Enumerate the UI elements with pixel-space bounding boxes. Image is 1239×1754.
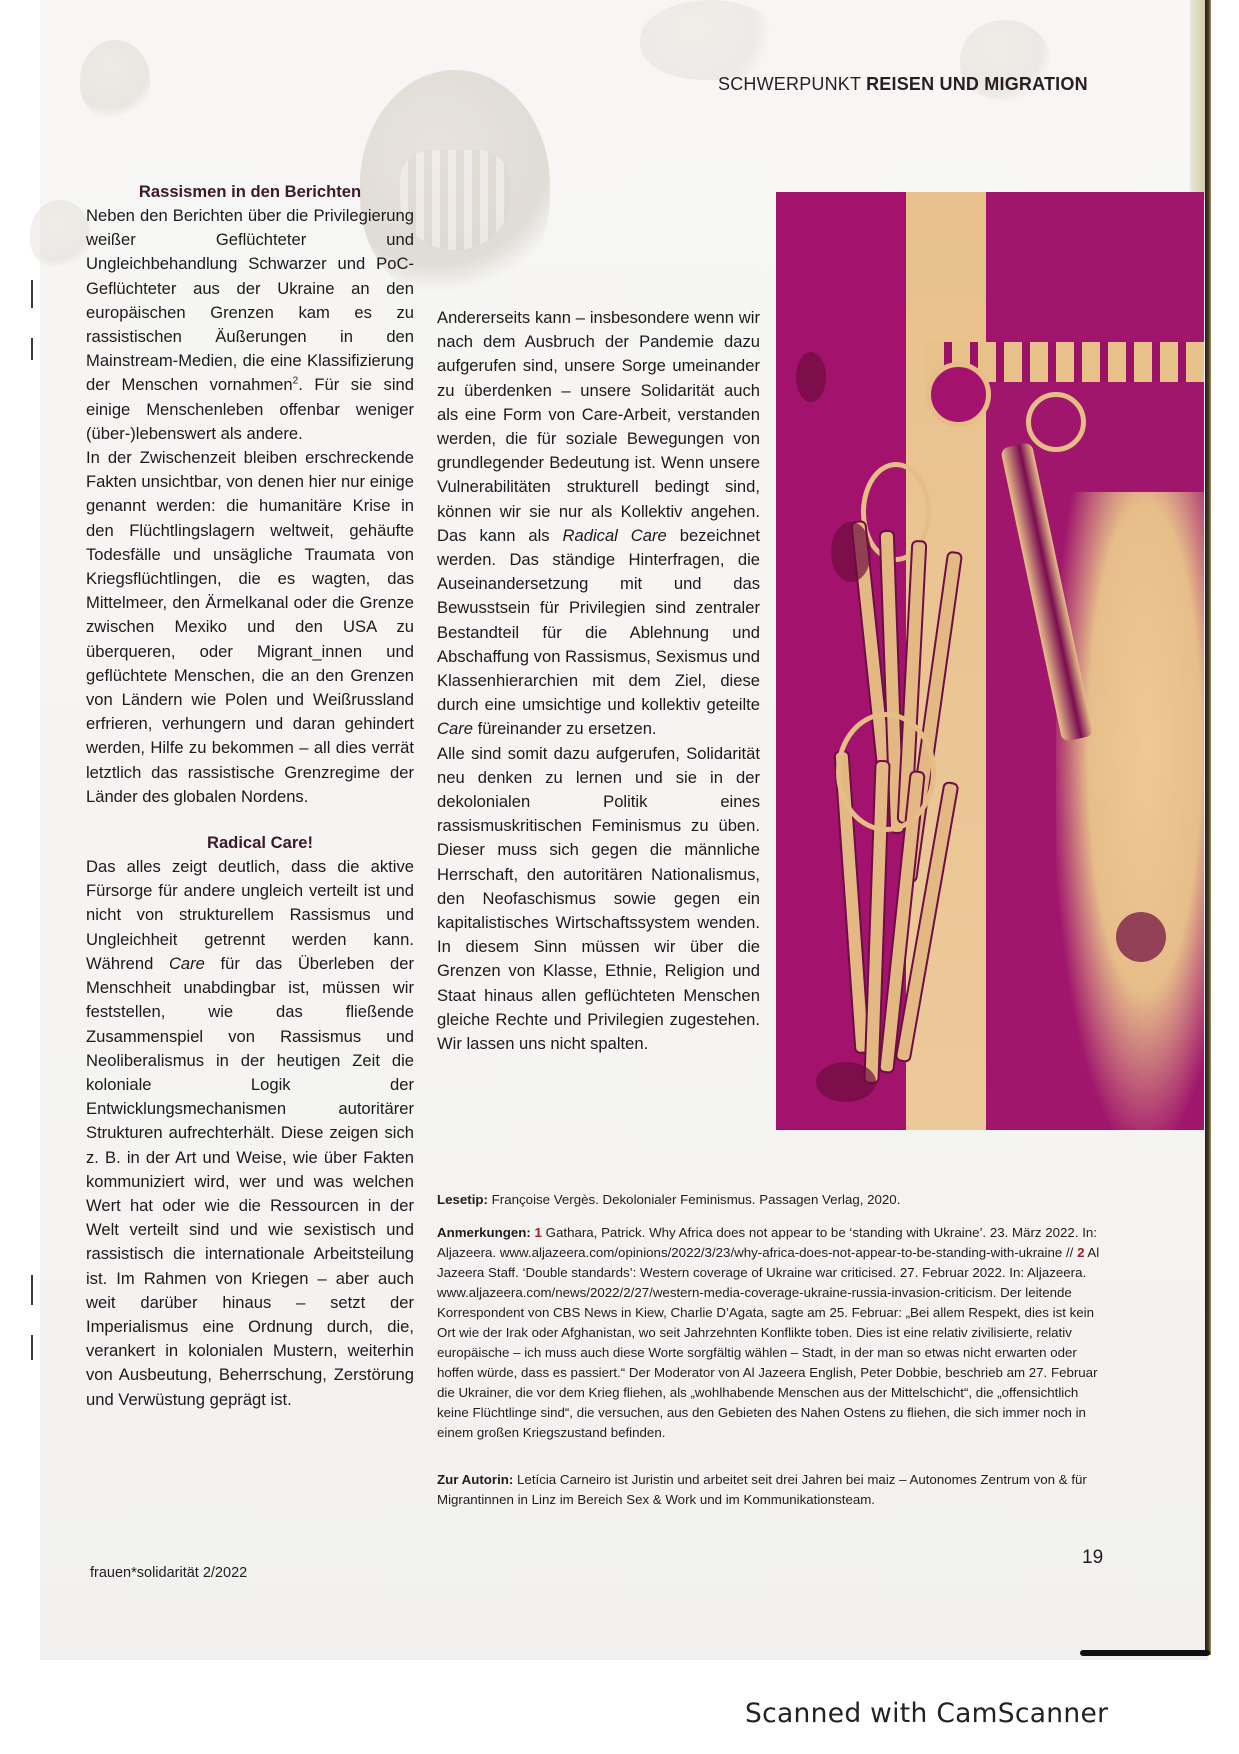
reading-tip: Lesetip: Françoise Vergès. Dekolonialer …: [437, 1190, 1102, 1210]
paragraph-text: füreinander zu ersetzen.: [473, 719, 657, 738]
endnotes: Anmerkungen: 1 Gathara, Patrick. Why Afr…: [437, 1223, 1102, 1443]
paragraph-text: bezeichnet werden. Das ständige Hinterfr…: [437, 526, 760, 714]
page-number: 19: [1082, 1547, 1103, 1569]
photo-key-ring: [1026, 392, 1086, 452]
running-head: SCHWERPUNKT REISEN UND MIGRATION: [718, 74, 1088, 95]
section-heading-rassismen: Rassismen in den Berichten: [86, 180, 414, 204]
scanner-watermark: Scanned with CamScanner: [745, 1698, 1108, 1729]
running-head-title: REISEN UND MIGRATION: [866, 74, 1088, 94]
scan-margin-mark: [31, 280, 33, 308]
publication-footer: frauen*solidarität 2/2022: [90, 1565, 247, 1581]
scan-margin-mark: [31, 1275, 33, 1305]
article-column-left: Rassismen in den Berichten Neben den Ber…: [86, 180, 414, 1412]
reading-tip-label: Lesetip:: [437, 1192, 488, 1207]
photo-stain: [816, 1062, 876, 1102]
author-bio-label: Zur Autorin:: [437, 1472, 513, 1487]
endnotes-label: Anmerkungen:: [437, 1225, 531, 1240]
section-heading-radical-care: Radical Care!: [86, 831, 414, 855]
keys-photo: [776, 192, 1204, 1130]
body-paragraph: Andererseits kann – insbesondere wenn wi…: [437, 306, 760, 742]
photo-stain: [831, 522, 871, 582]
emphasis-text: Care: [437, 719, 473, 738]
photo-key-ring: [926, 362, 991, 427]
body-paragraph: Das alles zeigt deutlich, dass die aktiv…: [86, 855, 414, 1412]
endnote-number: 1: [535, 1225, 542, 1240]
running-head-prefix: SCHWERPUNKT: [718, 74, 861, 94]
scan-margin-mark: [31, 338, 33, 360]
body-paragraph: Alle sind somit dazu aufgerufen, Solidar…: [437, 742, 760, 1057]
photo-key-ring: [836, 712, 936, 832]
paragraph-text: Andererseits kann – insbesondere wenn wi…: [437, 308, 760, 545]
emphasis-text: Radical Care: [563, 526, 667, 545]
photo-wall-light: [1056, 492, 1204, 1130]
page-edge: [1080, 1650, 1210, 1656]
scan-margin-mark: [31, 1335, 33, 1360]
page-edge: [1205, 0, 1211, 1655]
hot-air-balloon-graphic: [400, 150, 510, 250]
emphasis-text: Care: [169, 954, 205, 973]
paragraph-text: für das Überleben der Menschheit unabdin…: [86, 954, 414, 1409]
body-paragraph: In der Zwischenzeit bleiben erschreckend…: [86, 446, 414, 809]
body-paragraph: Neben den Berichten über die Privilegier…: [86, 204, 414, 446]
article-column-middle: Andererseits kann – insbesondere wenn wi…: [437, 306, 760, 1056]
hot-air-balloon-graphic: [640, 0, 780, 80]
author-bio: Zur Autorin: Letícia Carneiro ist Jurist…: [437, 1470, 1102, 1510]
author-bio-text: Letícia Carneiro ist Juristin und arbeit…: [437, 1472, 1087, 1507]
paragraph-text: Neben den Berichten über die Privilegier…: [86, 206, 414, 394]
photo-stain: [1116, 912, 1166, 962]
hot-air-balloon-graphic: [80, 40, 150, 120]
hot-air-balloon-graphic: [30, 200, 90, 270]
photo-stain: [796, 352, 826, 402]
reading-tip-text: Françoise Vergès. Dekolonialer Feminismu…: [488, 1192, 900, 1207]
endnote-text: Al Jazeera Staff. ‘Double standards’: We…: [437, 1245, 1099, 1440]
